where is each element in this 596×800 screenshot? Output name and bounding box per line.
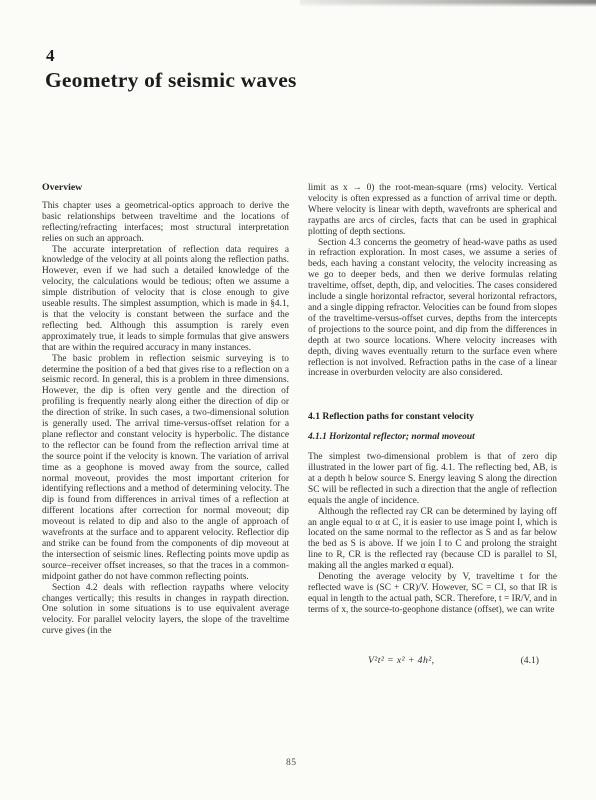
paragraph: Section 4.3 concerns the geometry of hea… [308,238,557,380]
paragraph: This chapter uses a geometrical-optics a… [42,201,289,245]
chapter-number: 4 [46,46,55,66]
paragraph: Although the reflected ray CR can be det… [308,507,557,572]
page-number: 85 [286,757,297,768]
left-column: Overview This chapter uses a geometrical… [42,183,289,637]
paragraph: The basic problem in reflection seismic … [42,354,289,583]
section-heading: 4.1 Reflection paths for constant veloci… [308,412,557,423]
overview-heading: Overview [42,183,289,194]
paragraph: The simplest two-dimensional problem is … [308,452,557,507]
paragraph: The accurate interpretation of reflectio… [42,245,289,354]
equation-number: (4.1) [521,656,539,667]
paragraph: limit as x → 0) the root-mean-square (rm… [308,183,557,238]
right-column: limit as x → 0) the root-mean-square (rm… [308,183,557,667]
paragraph: Section 4.2 deals with reflection raypat… [42,583,289,638]
chapter-title: Geometry of seismic waves [45,68,297,93]
scan-artifact-top [300,0,596,7]
equation-expression: V²t² = x² + 4h², [368,656,434,667]
subsection-heading: 4.1.1 Horizontal reflector; normal moveo… [308,432,557,443]
paragraph: Denoting the average velocity by V, trav… [308,572,557,616]
equation: V²t² = x² + 4h², (4.1) [308,656,557,667]
